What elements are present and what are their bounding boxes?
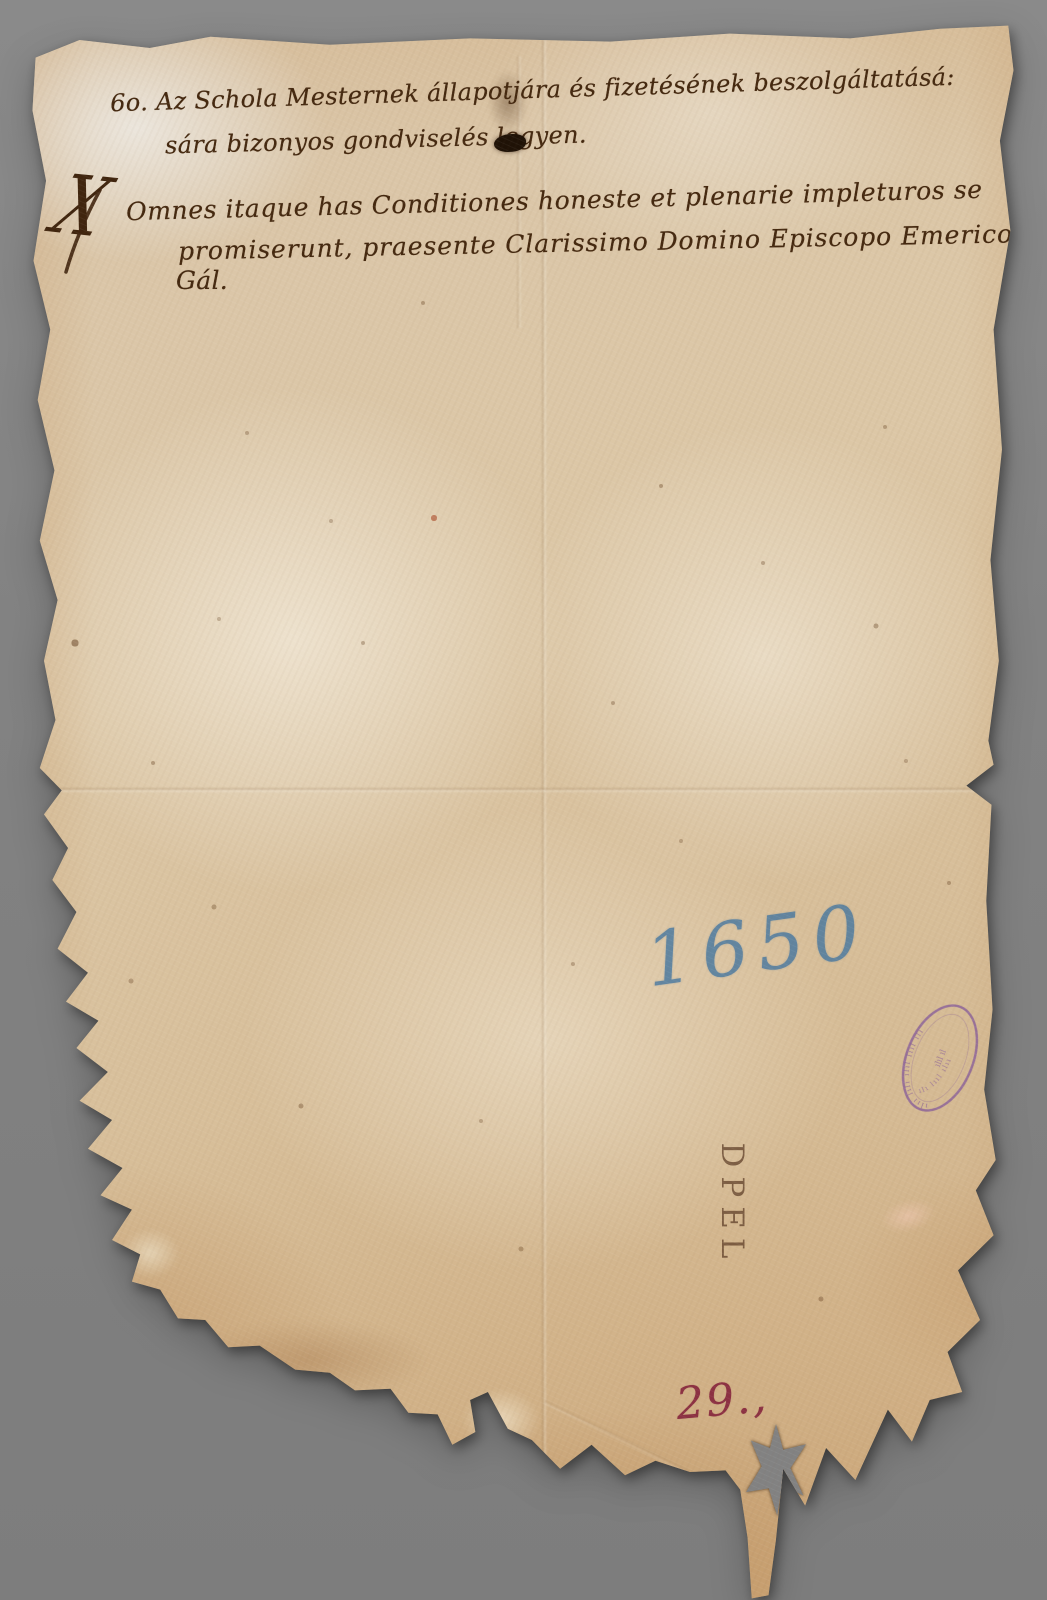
manuscript-page: 6o. Az Schola Mesternek állapotjára és f… (0, 0, 1047, 1600)
item-number-annotation: 29., (674, 1371, 770, 1430)
year-annotation: 1650 (640, 888, 874, 1004)
light-torn-patch-2 (120, 1228, 180, 1278)
manuscript-line-la-2: promiserunt, praesente Clarissimo Domino… (178, 219, 1013, 265)
vertical-fold-crease (541, 35, 547, 1555)
manuscript-line-hu-1: 6o. Az Schola Mesternek állapotjára és f… (110, 63, 955, 118)
manuscript-line-la-1: Omnes itaque has Conditiones honeste et … (126, 175, 983, 226)
manuscript-line-la-3: Gál. (176, 266, 228, 295)
horizontal-fold-crease (38, 787, 991, 793)
scan-photo: 6o. Az Schola Mesternek állapotjára és f… (0, 0, 1047, 1600)
archive-stamp: ılıı lılı ılıl lııl ılı ılı lııl ılıı ıl… (879, 987, 1002, 1130)
paragraph-mark-swash-icon (56, 186, 116, 276)
toasted-edge-stain (190, 1320, 430, 1400)
light-torn-patch (462, 1388, 540, 1452)
foxing-specks (0, 0, 2, 2)
paper-shadow: 6o. Az Schola Mesternek állapotjára és f… (0, 0, 1047, 1600)
manuscript-line-hu-2: sára bizonyos gondviselés legyen. (165, 120, 587, 159)
archive-code-annotation: DPEL (710, 1130, 750, 1280)
torn-hole (746, 1424, 806, 1516)
skinned-patch (877, 1194, 939, 1239)
